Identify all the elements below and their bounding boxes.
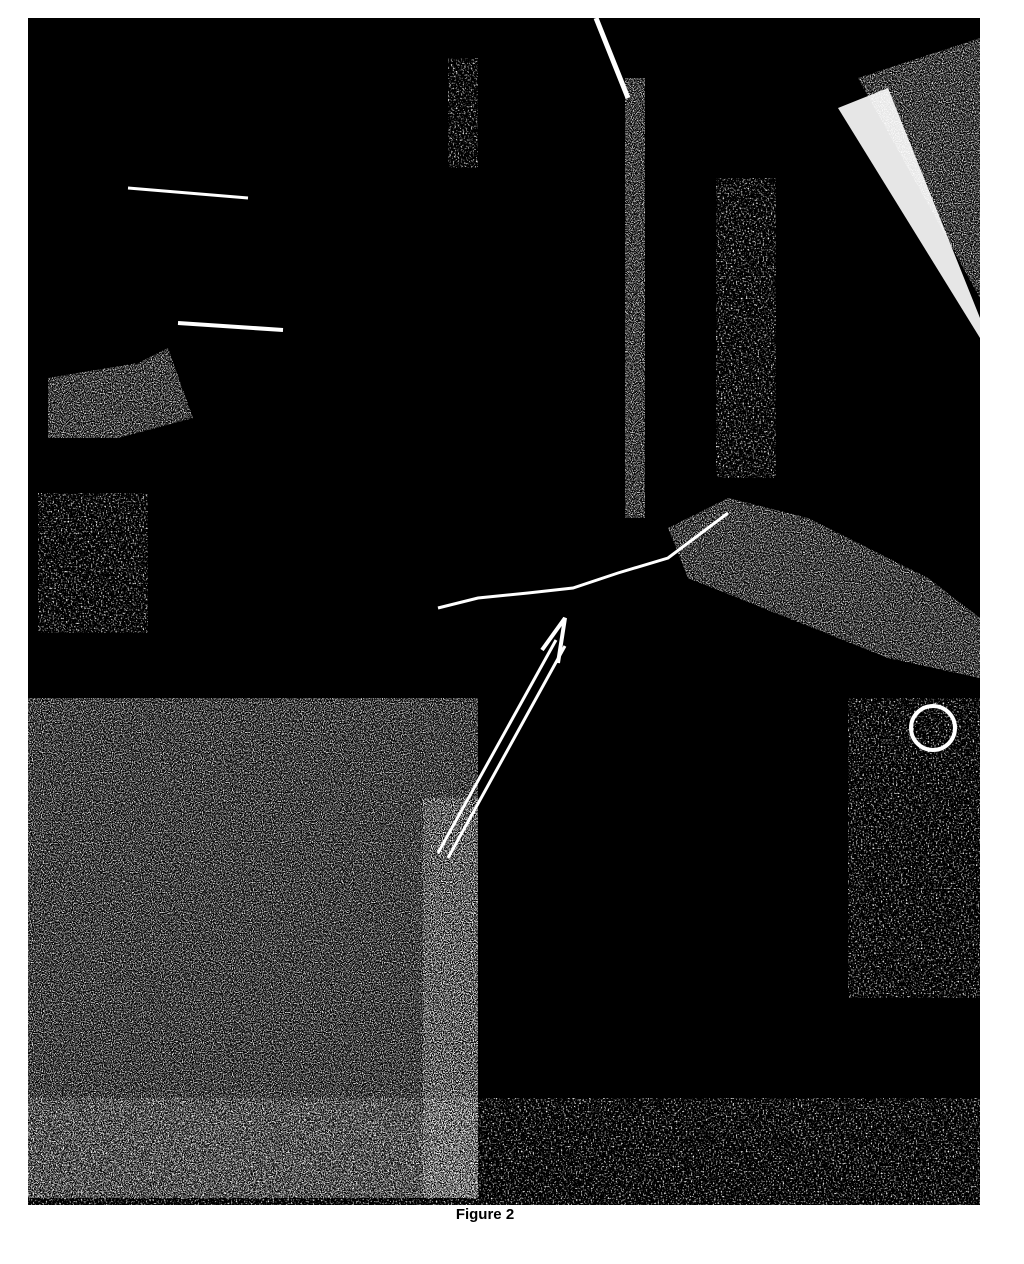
figure-photo <box>28 18 980 1205</box>
figure-caption: Figure 2 <box>0 1206 1024 1223</box>
photo-rendering <box>28 18 980 1205</box>
figure-caption-text: Figure 2 <box>456 1206 514 1223</box>
